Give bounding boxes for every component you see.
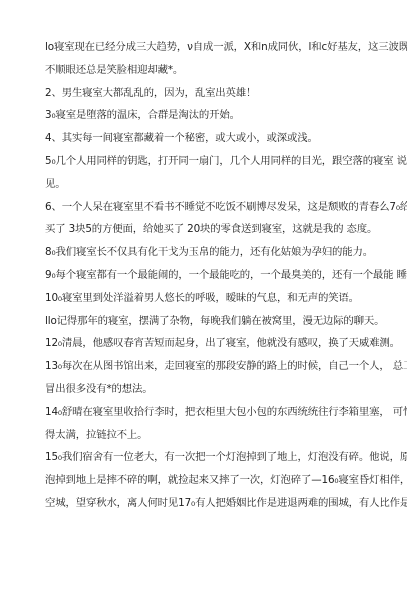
text-line: 9₀每个寝室都有一个最能闹的，一个最能吃的，一个最臭美的，还有一个最能 睡的。: [45, 267, 367, 290]
text-line: 15₀我们宿舍有一位老大，有一次把一个灯泡掉到了地上，灯泡没有碎。他说，原来灯: [45, 449, 367, 472]
text-line: 8₀我们寝室长不仅具有化干戈为玉帛的能力，还有化姑娘为孕妇的能力。: [45, 244, 367, 267]
text-line: 13₀每次在从图书馆出来，走回寝室的那段安静的路上的时候，自己一个人， 总工会: [45, 358, 367, 381]
document-page: lo寝室现在已经分成三大趋势，ν自成一派，X和n成同伙，l和c好基友，这三波既互…: [45, 39, 367, 518]
text-line: 4、其实每一间寝室都藏着一个秘密，或大或小，或深或浅。: [45, 130, 367, 153]
text-line: 见。: [45, 176, 367, 199]
text-line: 得太满，拉链拉不上。: [45, 427, 367, 450]
text-line: 5₀几个人用同样的钥匙，打开同一扇门，几个人用同样的目光，跟空落的寝室 说再: [45, 153, 367, 176]
text-line: llo记得那年的寝室，摆满了杂物，每晚我们躺在被窝里，漫无边际的聊天。: [45, 313, 367, 336]
text-line: 冒出很多没有*的想法。: [45, 381, 367, 404]
text-line: 3₀寝室是堕落的温床，合群是淘汰的开始。: [45, 107, 367, 130]
text-line: 6、一个人呆在寝室里不看书不睡觉不吃饭不刷博尽发呆，这是颓败的青春么7₀给自己: [45, 199, 367, 222]
text-line: 泡掉到地上是摔不碎的啊，就捡起来又摔了一次，灯泡碎了—16₀寝室昏灯相伴，独守: [45, 472, 367, 495]
text-line: 空城，望穿秋水，离人何时见17₀有人把婚姻比作是进退两难的围城，有人比作是深不: [45, 495, 367, 518]
text-line: 10₀寝室里到处洋溢着男人悠长的呼吸，暧昧的气息，和无声的笑语。: [45, 290, 367, 313]
text-line: 不顺眼还总是笑脸相迎却藏*。: [45, 62, 367, 85]
text-line: lo寝室现在已经分成三大趋势，ν自成一派，X和n成同伙，l和c好基友，这三波既互…: [45, 39, 367, 62]
text-line: 14₀舒晴在寝室里收拾行李时，把衣柜里大包小包的东西统统往行李箱里塞， 可惜装: [45, 404, 367, 427]
text-line: 买了 3块5的方便面，给她买了 20块的零食送到寝室，这就是我的 态度。: [45, 221, 367, 244]
text-line: 2、男生寝室大都乱乱的，因为，乱室出英雄！: [45, 85, 367, 108]
text-line: 12₀清晨，他感叹春宵苦短而起身，出了寝室，他就没有感叹，换了天威难测。: [45, 335, 367, 358]
